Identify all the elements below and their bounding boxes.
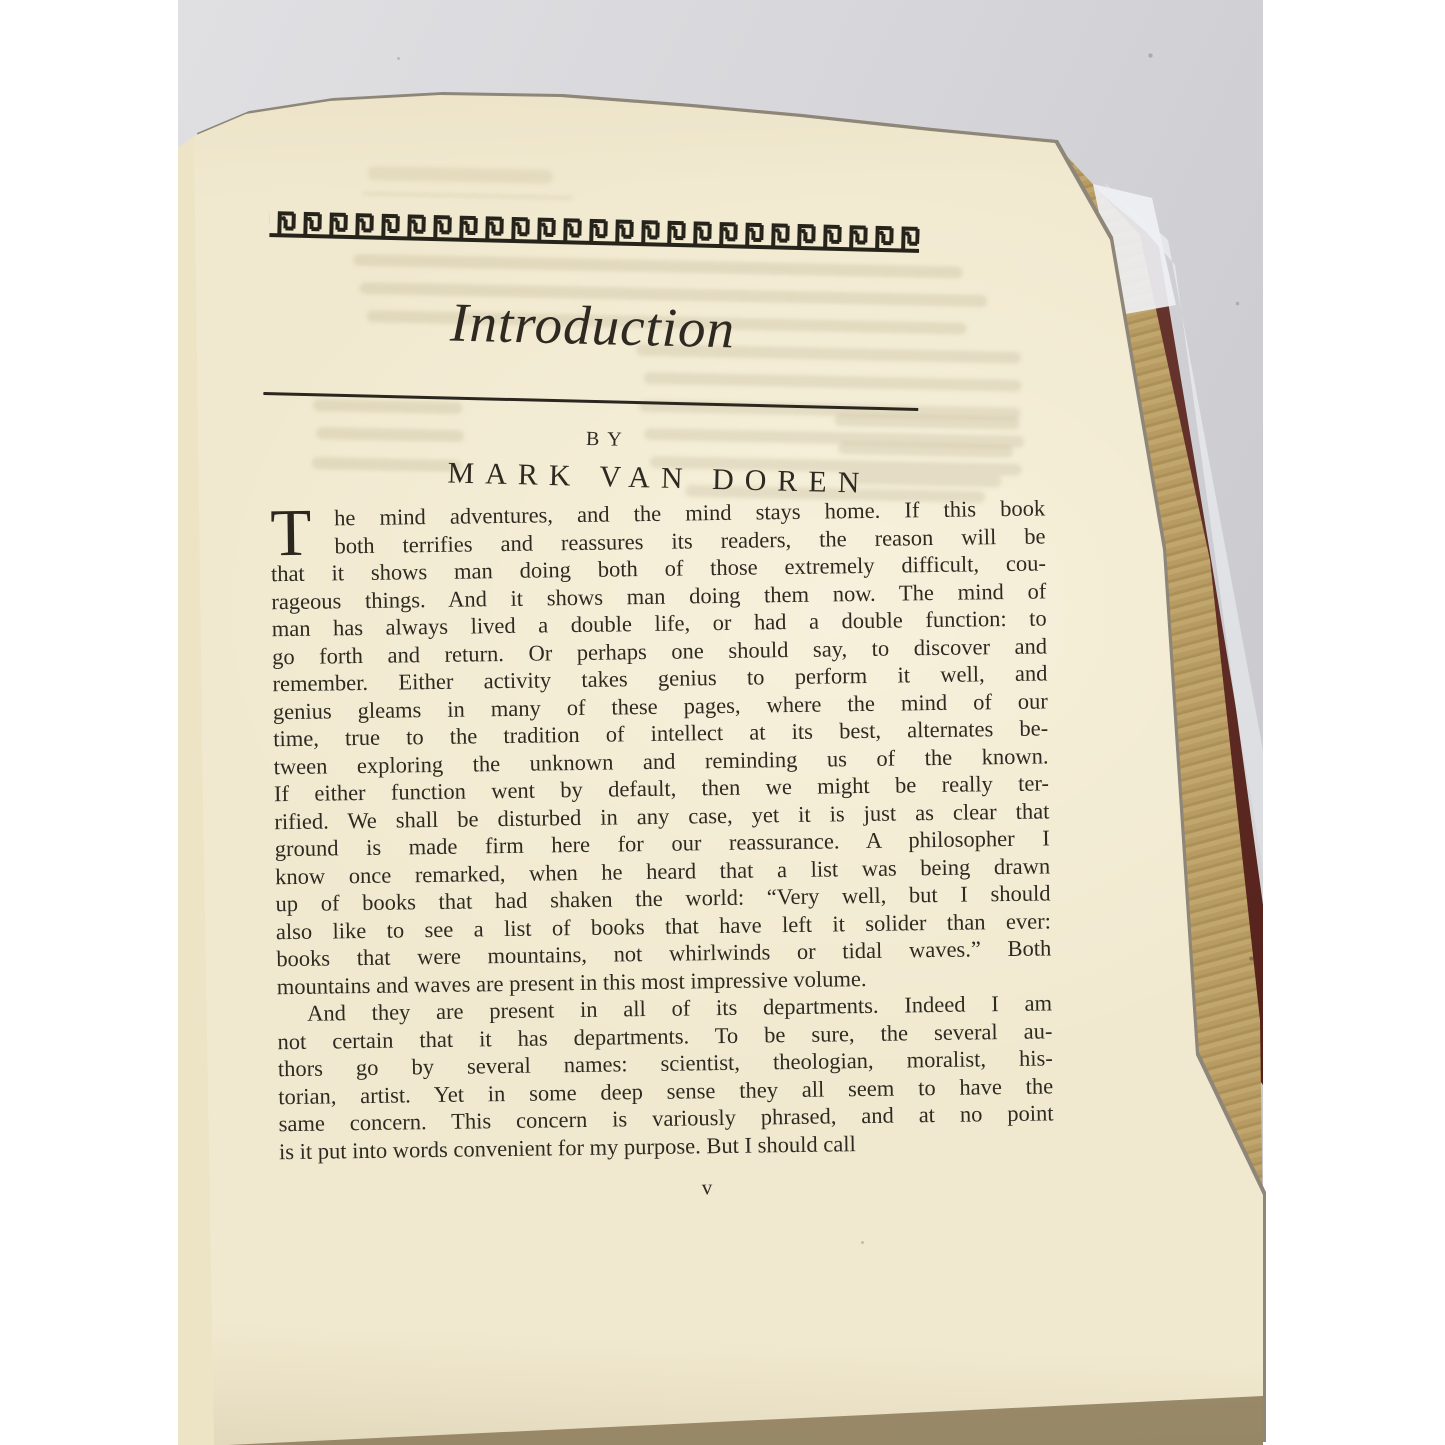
book-photo: Introduction BY MARK VAN DOREN T he mind…	[0, 0, 1445, 1445]
chapter-header: Introduction BY MARK VAN DOREN	[261, 206, 923, 502]
heading-rule	[263, 392, 918, 411]
byline-label: BY	[280, 420, 935, 458]
greek-key-ornament	[269, 206, 920, 256]
drop-cap: T	[270, 500, 312, 568]
page-content: Introduction BY MARK VAN DOREN T he mind…	[268, 196, 1048, 486]
chapter-heading: Introduction	[265, 288, 921, 364]
body-text: T he mind adventures, and the mind stays…	[270, 494, 1055, 1206]
dust-specks	[0, 0, 1, 1]
